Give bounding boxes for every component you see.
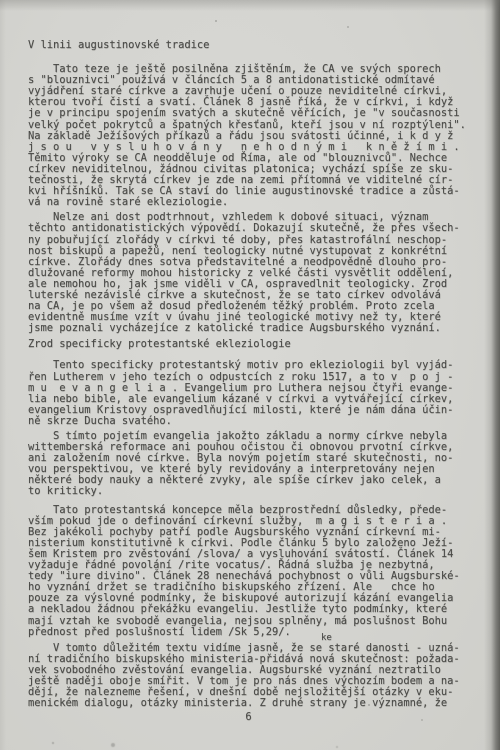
scanned-document-page: V linii augustinovské tradice Tato teze … xyxy=(0,0,500,750)
paragraph: Tato teze je ještě posilněna zjištěním, … xyxy=(28,64,469,208)
section-title: V linii augustinovské tradice xyxy=(28,40,469,51)
paragraph: S tímto pojetím evangelia jakožto základ… xyxy=(28,431,469,498)
page-number: 6 xyxy=(28,712,469,723)
text-line: a nekladou žádnou překážku evangeliu. Je… xyxy=(28,604,469,615)
paper-specks xyxy=(0,0,2,2)
text-line: velký počet pokrytců a špatných křesťanů… xyxy=(28,120,469,131)
text-line: vá na rovině staré ekleziologie. xyxy=(28,197,469,208)
paragraphs-container: Tato teze je ještě posilněna zjištěním, … xyxy=(28,64,469,709)
text-line: řen Lutherem v jeho tezích o odpustcích … xyxy=(28,372,469,383)
text-line: ně skrze Ducha svatého. xyxy=(28,416,469,427)
paragraph: Tato protestantská koncepce měla bezpros… xyxy=(28,505,469,638)
text-line: Tento specificky protestantský motiv pro… xyxy=(28,360,469,371)
section-heading: Zrod specificky protestantské ekleziolog… xyxy=(28,339,469,350)
paragraph: V tomto důležitém textu vidíme jasně, že… xyxy=(28,643,469,710)
text-line: jsme poznali vycházejíce z katolické tra… xyxy=(28,323,469,334)
paragraph: Nelze ani dost podtrhnout, vzhledem k do… xyxy=(28,212,469,334)
text-line: ny pobuřující zlořády v církvi té doby, … xyxy=(28,235,469,246)
text-line: přednost před poslušností lidem /Sk 5,29… xyxy=(28,627,469,638)
text-line: menickém dialogu, otázky ministeria. Z d… xyxy=(28,698,469,709)
paragraph: Tento specificky protestantský motiv pro… xyxy=(28,360,469,427)
text-line: to kriticky. xyxy=(28,486,469,497)
text-line: těchto antidonatistických výpovědí. Doka… xyxy=(28,223,469,234)
text-line: Zrod specificky protestantské ekleziolog… xyxy=(28,339,469,350)
document-body: V linii augustinovské tradice Tato teze … xyxy=(28,40,469,723)
text-line: je v principu spojením svatých a skutečn… xyxy=(28,108,469,119)
typed-insertion-above-line: ke xyxy=(321,634,332,643)
text-line: mají vztah ke svobodě evangelia, nejsou … xyxy=(28,616,469,627)
text-line: Tato protestantská koncepce měla bezpros… xyxy=(28,505,469,516)
